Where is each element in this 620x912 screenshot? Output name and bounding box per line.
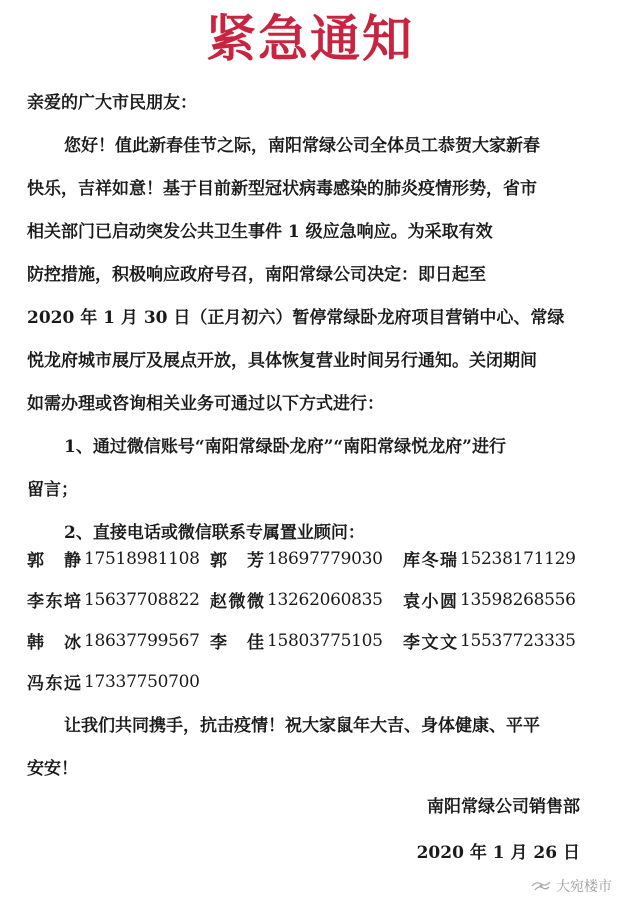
contact-entry: 李东培 15637708822 — [27, 587, 210, 612]
list-item-1: 1、通过微信账号“南阳常绿卧龙府”“南阳常绿悦龙府”进行 — [27, 426, 587, 469]
wechat-channel-icon — [530, 878, 552, 894]
watermark-text: 大宛楼市 — [556, 876, 612, 896]
contact-name: 赵微微 — [210, 587, 264, 612]
watermark: 大宛楼市 — [530, 876, 612, 896]
closing-paragraph: 让我们共同携手，抗击疫情！祝大家鼠年大吉、身体健康、平平 安安！ — [27, 705, 587, 791]
contact-row: 郭静 17518981108 郭芳 18697779030 库冬瑞 152381… — [27, 538, 607, 579]
contact-name: 韩冰 — [27, 628, 81, 653]
paragraph-line: 2020 年 1 月 30 日（正月初六）暂停常绿卧龙府项目营销中心、常绿 — [27, 297, 587, 340]
contact-entry: 郭静 17518981108 — [27, 546, 210, 571]
contact-phone: 15803775105 — [267, 631, 383, 651]
contact-name: 袁小圆 — [403, 587, 457, 612]
contact-phone: 13262060835 — [267, 590, 383, 610]
contact-list: 郭静 17518981108 郭芳 18697779030 库冬瑞 152381… — [27, 538, 607, 702]
contact-entry: 郭芳 18697779030 — [210, 546, 403, 571]
contact-phone: 17337750700 — [84, 672, 200, 692]
signature-department: 南阳常绿公司销售部 — [0, 792, 580, 817]
contact-phone: 18637799567 — [84, 631, 200, 651]
contact-phone: 15537723335 — [460, 631, 576, 651]
contact-name: 李佳 — [210, 628, 264, 653]
contact-row: 韩冰 18637799567 李佳 15803775105 李文文 155377… — [27, 620, 607, 661]
paragraph-line: 防控措施，积极响应政府号召，南阳常绿公司决定：即日起至 — [27, 254, 587, 297]
contact-phone: 15238171129 — [460, 549, 576, 569]
notice-body: 亲爱的广大市民朋友： 您好！值此新春佳节之际，南阳常绿公司全体员工恭贺大家新春 … — [27, 82, 587, 555]
closing-line: 让我们共同携手，抗击疫情！祝大家鼠年大吉、身体健康、平平 — [27, 705, 587, 748]
contact-entry: 袁小圆 13598268556 — [403, 587, 603, 612]
paragraph-line: 快乐，吉祥如意！基于目前新型冠状病毒感染的肺炎疫情形势，省市 — [27, 168, 587, 211]
contact-phone: 15637708822 — [84, 590, 200, 610]
paragraph-line: 相关部门已启动突发公共卫生事件 1 级应急响应。为采取有效 — [27, 211, 587, 254]
contact-name: 李文文 — [403, 628, 457, 653]
signature-date: 2020 年 1 月 26 日 — [0, 838, 580, 863]
paragraph-line: 您好！值此新春佳节之际，南阳常绿公司全体员工恭贺大家新春 — [27, 125, 587, 168]
contact-phone: 13598268556 — [460, 590, 576, 610]
list-item-1-cont: 留言； — [27, 469, 587, 512]
contact-entry: 李文文 15537723335 — [403, 628, 603, 653]
closing-line: 安安！ — [27, 748, 587, 791]
paragraph-line: 如需办理或咨询相关业务可通过以下方式进行： — [27, 383, 587, 426]
contact-name: 冯东远 — [27, 669, 81, 694]
notice-title: 紧急通知 — [0, 8, 620, 70]
contact-row: 李东培 15637708822 赵微微 13262060835 袁小圆 1359… — [27, 579, 607, 620]
contact-entry: 库冬瑞 15238171129 — [403, 546, 603, 571]
contact-entry: 赵微微 13262060835 — [210, 587, 403, 612]
contact-row: 冯东远 17337750700 — [27, 661, 607, 702]
contact-phone: 17518981108 — [84, 549, 200, 569]
contact-name: 郭静 — [27, 546, 81, 571]
salutation: 亲爱的广大市民朋友： — [27, 82, 587, 125]
contact-name: 郭芳 — [210, 546, 264, 571]
contact-entry: 韩冰 18637799567 — [27, 628, 210, 653]
contact-name: 库冬瑞 — [403, 546, 457, 571]
contact-name: 李东培 — [27, 587, 81, 612]
contact-entry: 李佳 15803775105 — [210, 628, 403, 653]
contact-entry: 冯东远 17337750700 — [27, 669, 210, 694]
paragraph-line: 悦龙府城市展厅及展点开放，具体恢复营业时间另行通知。关闭期间 — [27, 340, 587, 383]
contact-phone: 18697779030 — [267, 549, 383, 569]
